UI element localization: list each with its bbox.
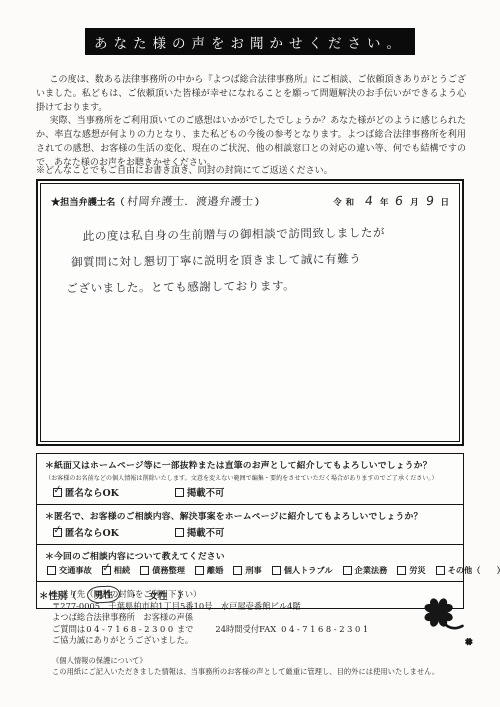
lawyer-name-label-close: ） [255,194,264,208]
questions-section: ＊紙面又はホームページ等に一部抜粋または直筆のお声として紹介してもよろしいでしょ… [36,453,464,609]
page-title: あなた様の声をお聞かせください。 [85,28,415,55]
option-no-publish: 掲載不可 [175,485,225,499]
option-personal-trouble-label: 個人トラブル [284,565,333,576]
question-consult-type-options: 交通事故 ✓ 相続 債務整理 離婚 刑事 [47,565,455,576]
intro-paragraph-1: この度は、数ある法律事務所の中から『よつば総合法律事務所』にご相談、ご依頼頂きあ… [36,74,466,115]
fax-number: 04-7168-2301 [281,624,371,634]
checkbox-traffic-accident [47,566,56,575]
year-label: 年 [380,196,388,208]
free-writing-note: ※どんなことでもご自由にお書き頂き、同封の封筒にてご返送ください。 [36,163,333,176]
option-no-publish-2-label: 掲載不可 [187,525,225,539]
four-leaf-clover-icon [420,593,484,653]
option-no-publish-label: 掲載不可 [187,485,225,499]
checkbox-corporate [343,566,352,575]
checkbox-no-publish-2 [175,528,184,537]
checkbox-divorce [195,566,204,575]
month-value-handwritten: 6 [395,193,405,208]
checkbox-criminal [233,566,242,575]
checkbox-labor-accident [397,566,406,575]
option-anonymous-ok-label: 匿名ならOK [65,485,119,499]
phone-number: 04-7168-2300 [86,624,176,634]
option-traffic-accident: 交通事故 [47,565,92,576]
lawyer-names-handwritten: 村岡弁護士．渡邉弁護士 [126,193,254,209]
phone-prefix: ご質問は [52,624,85,634]
day-value-handwritten: 9 [425,193,435,208]
checkbox-no-publish [175,488,184,497]
option-debt: 債務整理 [140,565,185,576]
privacy-body: この用紙にご記入いただきました情報は、当事務所のお客様の声として厳重に管理し、目… [52,667,439,678]
option-other-label: その他（ ） [448,565,500,576]
option-anonymous-ok: ✓ 匿名ならOK [53,485,119,499]
month-label: 月 [410,196,418,208]
checkbox-other [436,566,445,575]
option-inheritance: ✓ 相続 [102,565,130,576]
question-publish-voice-title: ＊紙面又はホームページ等に一部抜粋または直筆のお声として紹介してもよろしいでしょ… [45,458,455,471]
question-publish-voice-note: （お客様のお名前などの個人情報は削除いたします。文意を変えない範囲で編集・要約を… [45,473,455,482]
fax-label: 24時間受付FAX [215,624,276,634]
privacy-title: 《個人情報の保護について》 [52,656,439,667]
address-line: 〒277-0005 千葉県柏市柏1丁目5番10号 水戸屋壱番館ビル4階 [52,601,372,613]
phone-fax-line: ご質問は04-7168-2300まで24時間受付FAX04-7168-2301 [52,624,372,636]
lawyer-name-field: ★担当弁護士名（ 村岡弁護士．渡邉弁護士 ） [51,193,264,209]
question-consult-type: ＊今回のご相談内容について教えてください 交通事故 ✓ 相続 債務整理 離婚 [37,544,463,581]
option-inheritance-label: 相続 [114,565,130,576]
era-label: 令和 [333,196,358,208]
feedback-comment-box: ★担当弁護士名（ 村岡弁護士．渡邉弁護士 ） 令和 4 年 6 月 9 日 此の… [36,179,464,446]
option-criminal: 刑事 [233,565,261,576]
option-divorce: 離婚 [195,565,223,576]
question-publish-case-title: ＊匿名で、お客様のご相談内容、解決事案をホームページに紹介してもよろしいでしょう… [45,509,455,522]
option-corporate: 企業法務 [343,565,388,576]
date-field: 令和 4 年 6 月 9 日 [333,193,449,208]
day-label: 日 [441,196,449,208]
checkbox-inheritance-checked: ✓ [102,566,111,575]
option-criminal-label: 刑事 [245,565,261,576]
customer-voice-form-page: あなた様の声をお聞かせください。 この度は、数ある法律事務所の中から『よつば総合… [0,0,500,707]
year-value-handwritten: 4 [364,193,374,208]
phone-suffix: まで [177,624,194,634]
question-publish-case-options: ✓ 匿名ならOK 掲載不可 [53,525,455,539]
checkbox-personal-trouble [272,566,281,575]
privacy-note: 《個人情報の保護について》 この用紙にご記入いただきました情報は、当事務所のお客… [52,656,439,677]
handwritten-message: 此の度は私自身の生前贈与の御相談で訪問致しましたが 御質問に対し懇切丁寧に説明を… [61,219,454,302]
option-debt-label: 債務整理 [152,565,185,576]
handwritten-message-line-3: ございました。とても感謝しております。 [66,271,453,302]
checkbox-anonymous-ok-2-checked: ✓ [53,528,62,537]
option-anonymous-ok-2: ✓ 匿名ならOK [53,525,119,539]
option-labor-accident: 労災 [397,565,425,576]
intro-paragraphs: この度は、数ある法律事務所の中から『よつば総合法律事務所』にご相談、ご依頼頂きあ… [36,74,466,171]
question-publish-voice-options: ✓ 匿名ならOK 掲載不可 [53,485,455,499]
question-publish-case: ＊匿名で、お客様のご相談内容、解決事案をホームページに紹介してもよろしいでしょう… [37,504,463,544]
question-publish-voice: ＊紙面又はホームページ等に一部抜粋または直筆のお声として紹介してもよろしいでしょ… [37,454,463,504]
footer-contact: お送り先（同封の封筒をご利用下さい） 〒277-0005 千葉県柏市柏1丁目5番… [52,589,372,647]
checkbox-debt [140,566,149,575]
option-corporate-label: 企業法務 [355,565,388,576]
option-personal-trouble: 個人トラブル [272,565,333,576]
option-no-publish-2: 掲載不可 [175,525,225,539]
thanks-line: ご協力誠にありがとうございました。 [52,635,372,647]
option-other: その他（ ） [436,565,500,576]
feedback-comment-box-inner: ★担当弁護士名（ 村岡弁護士．渡邉弁護士 ） 令和 4 年 6 月 9 日 此の… [40,183,460,442]
checkbox-anonymous-ok-checked: ✓ [53,488,62,497]
send-to-line: お送り先（同封の封筒をご利用下さい） [52,589,372,601]
office-line: よつば総合法律事務所 お客様の声係 [52,612,372,624]
option-traffic-accident-label: 交通事故 [59,565,92,576]
option-anonymous-ok-2-label: 匿名ならOK [65,525,119,539]
option-divorce-label: 離婚 [207,565,223,576]
option-labor-accident-label: 労災 [409,565,425,576]
lawyer-name-label: ★担当弁護士名（ [51,194,125,208]
